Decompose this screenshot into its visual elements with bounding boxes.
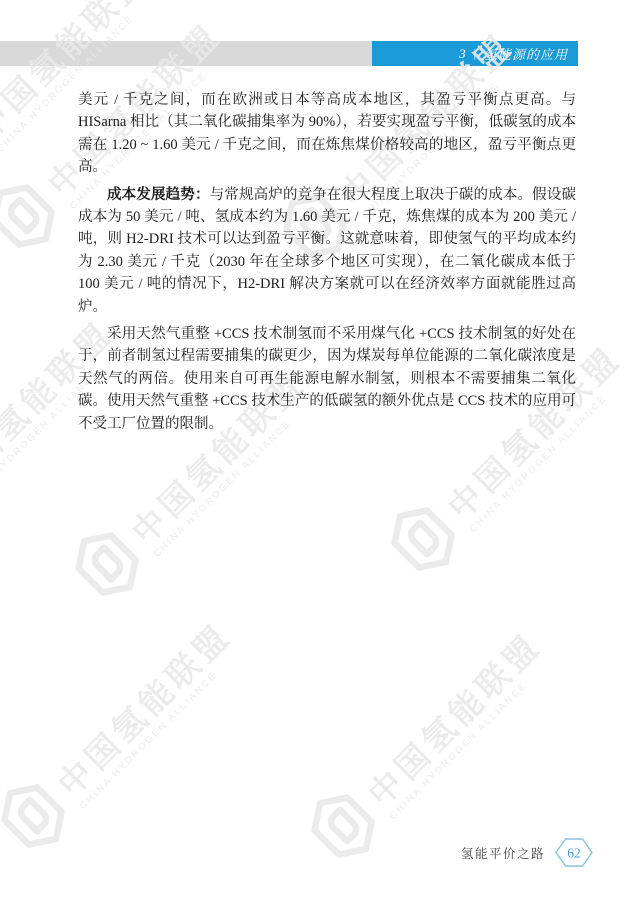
paragraph-text: 采用天然气重整 +CCS 技术制氢而不采用煤气化 +CCS 技术制氢的好处在于，… <box>78 326 576 432</box>
page-number-hexagon: 62 <box>554 837 594 868</box>
alliance-logo-icon <box>0 770 79 862</box>
alliance-logo-icon <box>0 170 69 262</box>
page-number: 62 <box>567 846 581 861</box>
page-footer: 氢能平价之路 62 <box>461 837 594 868</box>
book-title: 氢能平价之路 <box>461 844 545 862</box>
chapter-title: 氢能源的应用 <box>484 44 568 63</box>
chapter-number: 3 <box>459 46 467 62</box>
paragraph-lead: 成本发展趋势： <box>107 187 210 203</box>
paragraph-1: 美元 / 千克之间，而在欧洲或日本等高成本地区，其盈亏平衡点更高。与 HISar… <box>78 89 576 179</box>
watermark-english-text: CHINA HYDROGEN ALLIANCE <box>388 653 557 822</box>
alliance-logo-icon <box>61 518 153 610</box>
document-page: 3 | 氢能源的应用 中国氢能联盟 CHINA HYDROGEN ALLIANC… <box>0 0 640 900</box>
watermark-chinese-text: 中国氢能联盟 <box>362 627 547 812</box>
paragraph-text: 与常规高炉的竞争在很大程度上取决于碳的成本。假设碳成本为 50 美元 / 吨、氢… <box>78 187 576 315</box>
header-chapter-banner: 3 | 氢能源的应用 <box>372 41 578 66</box>
alliance-logo-icon <box>297 780 389 872</box>
body-text: 美元 / 千克之间，而在欧洲或日本等高成本地区，其盈亏平衡点更高。与 HISar… <box>78 89 576 440</box>
watermark-text: 中国氢能联盟 CHINA HYDROGEN ALLIANCE <box>362 627 558 823</box>
watermark-unit: 中国氢能联盟 CHINA HYDROGEN ALLIANCE <box>294 608 558 872</box>
watermark-chinese-text: 中国氢能联盟 <box>52 617 237 802</box>
page-header: 3 | 氢能源的应用 <box>0 41 640 66</box>
paragraph-text: 美元 / 千克之间，而在欧洲或日本等高成本地区，其盈亏平衡点更高。与 HISar… <box>78 92 576 175</box>
alliance-logo-icon <box>377 493 469 585</box>
watermark-english-text: CHINA HYDROGEN ALLIANCE <box>78 643 247 812</box>
header-gray-bar <box>0 41 372 66</box>
watermark-unit: 中国氢能联盟 CHINA HYDROGEN ALLIANCE <box>0 598 248 862</box>
paragraph-2: 成本发展趋势：与常规高炉的竞争在很大程度上取决于碳的成本。假设碳成本为 50 美… <box>78 184 576 318</box>
chapter-divider: | <box>474 46 477 61</box>
watermark-text: 中国氢能联盟 CHINA HYDROGEN ALLIANCE <box>52 617 248 813</box>
paragraph-3: 采用天然气重整 +CCS 技术制氢而不采用煤气化 +CCS 技术制氢的好处在于，… <box>78 323 576 435</box>
